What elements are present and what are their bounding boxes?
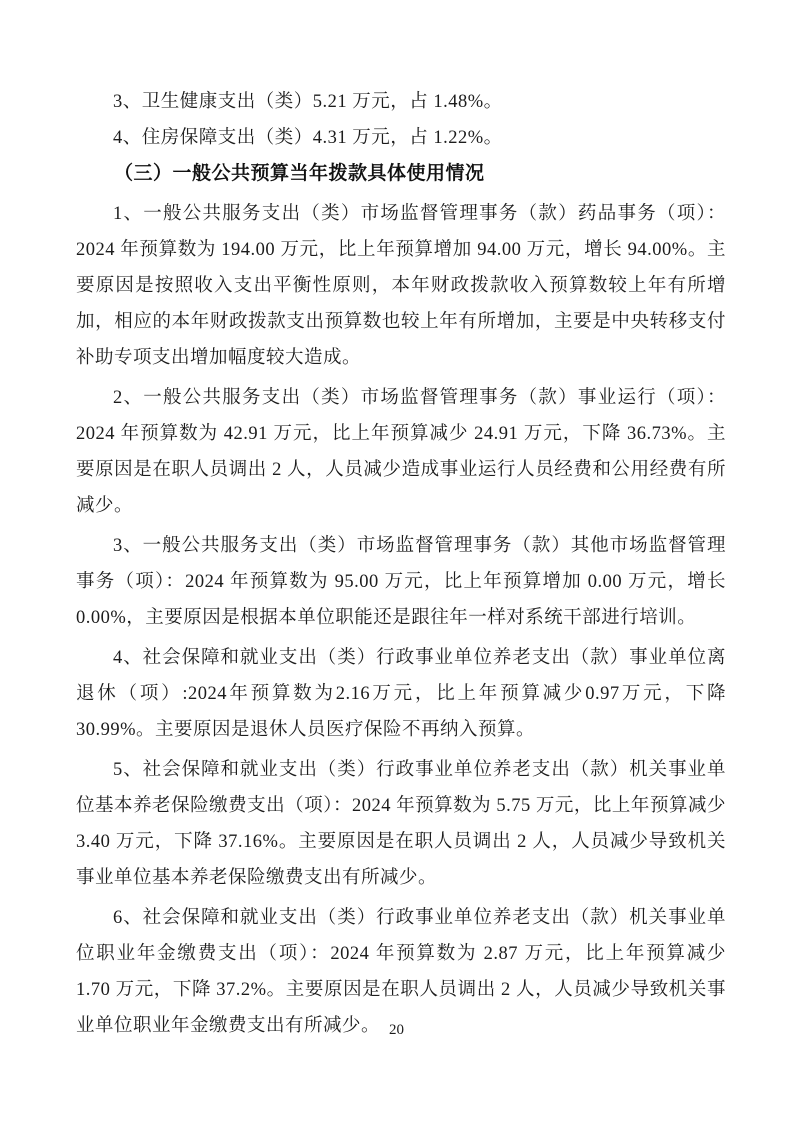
document-page: 3、卫生健康支出（类）5.21 万元，占 1.48%。 4、住房保障支出（类）4… (0, 0, 793, 1122)
page-number: 20 (0, 1022, 793, 1039)
budget-paragraph-4: 4、社会保障和就业支出（类）行政事业单位养老支出（款）事业单位离退休（项）:20… (76, 640, 726, 748)
budget-paragraph-2: 2、一般公共服务支出（类）市场监督管理事务（款）事业运行（项）：2024 年预算… (76, 380, 726, 524)
budget-paragraph-5: 5、社会保障和就业支出（类）行政事业单位养老支出（款）机关事业单位基本养老保险缴… (76, 752, 726, 896)
budget-line-health: 3、卫生健康支出（类）5.21 万元，占 1.48%。 (76, 84, 726, 120)
document-content: 3、卫生健康支出（类）5.21 万元，占 1.48%。 4、住房保障支出（类）4… (76, 84, 726, 1044)
section-heading: （三）一般公共预算当年拨款具体使用情况 (76, 156, 726, 192)
budget-line-housing: 4、住房保障支出（类）4.31 万元，占 1.22%。 (76, 120, 726, 156)
budget-paragraph-3: 3、一般公共服务支出（类）市场监督管理事务（款）其他市场监督管理事务（项）：20… (76, 528, 726, 636)
budget-paragraph-1: 1、一般公共服务支出（类）市场监督管理事务（款）药品事务（项）：2024 年预算… (76, 196, 726, 376)
